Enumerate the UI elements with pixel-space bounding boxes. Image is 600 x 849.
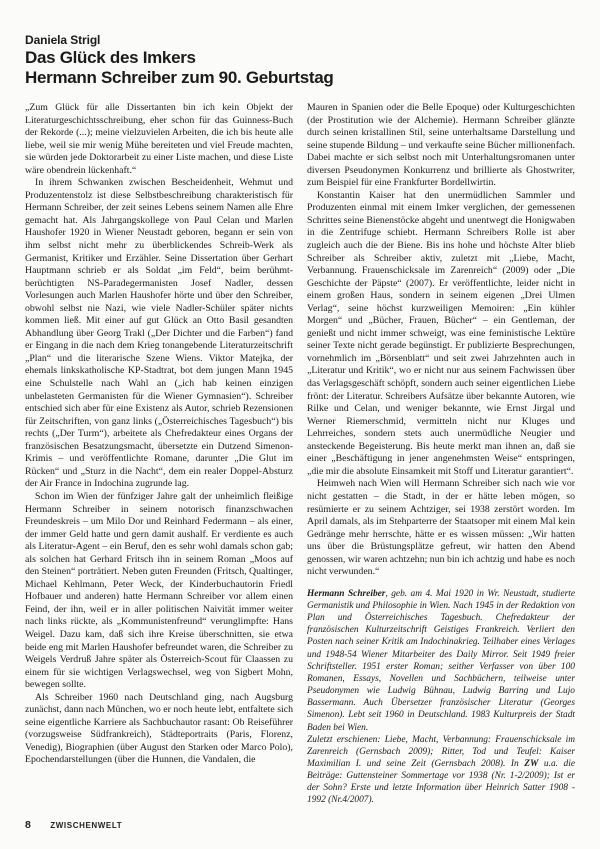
bio-paragraph: Zuletzt erschienen: Liebe, Macht, Verban… [307, 734, 575, 804]
right-column: Mauren in Spanien oder die Belle Epoque)… [307, 102, 575, 804]
bio-text: , geb. am 4. Mai 1920 in Wr. Neustadt, s… [307, 589, 575, 733]
author-name: Daniela Strigl [25, 33, 575, 48]
journal-name: ZWISCHENWELT [50, 821, 122, 830]
article-header: Daniela Strigl Das Glück des Imkers Herm… [25, 33, 575, 88]
bio-subject-name: Hermann Schreiber [307, 589, 385, 599]
document-page: Daniela Strigl Das Glück des Imkers Herm… [0, 0, 600, 849]
paragraph: Als Schreiber 1960 nach Deutschland ging… [25, 692, 293, 767]
paragraph-quote: „Zum Glück für alle Dissertanten bin ich… [25, 102, 293, 177]
article-body: „Zum Glück für alle Dissertanten bin ich… [25, 102, 575, 804]
article-subtitle: Hermann Schreiber zum 90. Geburtstag [25, 68, 575, 88]
paragraph: Heimweh nach Wien will Hermann Schreiber… [307, 478, 575, 578]
left-column: „Zum Glück für alle Dissertanten bin ich… [25, 102, 293, 804]
page-footer: 8 ZWISCHENWELT [25, 815, 122, 833]
paragraph: Schon im Wien der fünfziger Jahre galt d… [25, 491, 293, 692]
bio-zw-abbreviation: ZW [524, 759, 538, 769]
paragraph: Konstantin Kaiser hat den unermüdlichen … [307, 190, 575, 479]
bio-paragraph: Hermann Schreiber, geb. am 4. Mai 1920 i… [307, 588, 575, 734]
paragraph: In ihrem Schwanken zwischen Bescheidenhe… [25, 177, 293, 491]
article-title: Das Glück des Imkers [25, 48, 575, 68]
paragraph-continuation: Mauren in Spanien oder die Belle Epoque)… [307, 102, 575, 190]
page-number: 8 [25, 819, 31, 831]
author-bio: Hermann Schreiber, geb. am 4. Mai 1920 i… [307, 588, 575, 804]
